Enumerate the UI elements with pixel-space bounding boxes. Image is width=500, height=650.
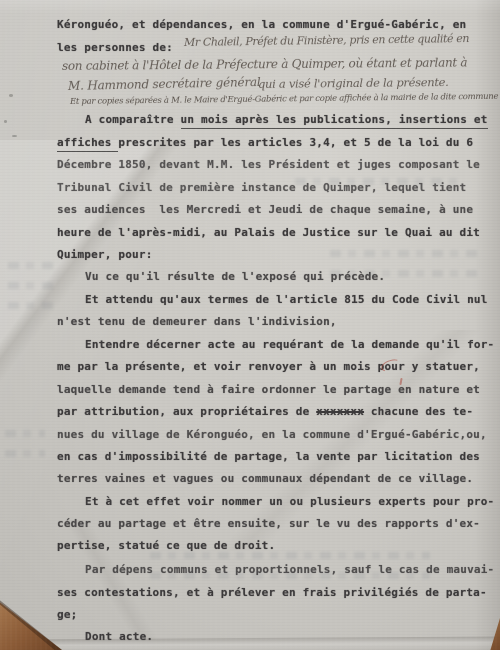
typed-line-10: Vu ce qu'il résulte de l'exposé qui préc…	[85, 270, 385, 284]
typed-segment: chacune des te-	[364, 405, 473, 418]
underlined-text: affiches	[57, 136, 118, 152]
paper-fold-bottom-edge	[0, 636, 500, 650]
typed-line-25: ge;	[57, 608, 77, 622]
typed-line-02: les personnes de:	[57, 41, 173, 55]
pencil-speck	[12, 135, 17, 137]
scanned-document-page: Kéronguéo, et dépendances, en la commune…	[0, 0, 500, 650]
pencil-speck	[9, 94, 13, 97]
typed-segment: prescrites par les articles 3,4, et 5 de…	[118, 136, 473, 149]
typed-segment: par attribution, aux propriétaires de	[57, 405, 316, 418]
typed-line-05: Décembre 1850, devant M.M. les Président…	[57, 158, 480, 172]
typed-line-01: Kéronguéo, et dépendances, en la commune…	[57, 18, 466, 32]
typed-line-19: terres vaines et vagues ou communaux dép…	[57, 472, 473, 486]
typed-line-08: heure de l'après-midi, au Palais de Just…	[57, 226, 480, 240]
typed-line-06: Tribunal Civil de première instance de Q…	[57, 181, 466, 195]
struck-out-text: xxxxxxx	[316, 405, 364, 418]
typed-line-22: pertise, statué ce que de droit.	[57, 539, 275, 553]
typed-line-15: laquelle demande tend à faire ordonner l…	[57, 383, 480, 397]
typed-line-04: affiches prescrites par les articles 3,4…	[57, 136, 473, 150]
ink-bleedthrough-smudge	[5, 430, 45, 470]
typed-line-23: Par dépens communs et proportionnels, sa…	[85, 563, 494, 577]
typed-line-12: n'est tenu de demeurer dans l'indivision…	[57, 315, 337, 329]
typed-line-13: Entendre décerner acte au requérant de l…	[85, 338, 494, 352]
typed-line-14: me par la présente, et voir renvoyer à u…	[57, 360, 480, 374]
typed-line-16: par attribution, aux propriétaires de xx…	[57, 405, 473, 419]
handwritten-line-3a: M. Hammond secrétaire général	[68, 75, 261, 93]
typed-line-03: A comparaître un mois après les publicat…	[85, 113, 488, 127]
typed-line-20: Et à cet effet voir nommer un ou plusieu…	[85, 495, 494, 509]
pencil-speck	[4, 120, 7, 123]
typed-line-18: en cas d'impossibilité de partage, la ve…	[57, 450, 480, 464]
typed-line-09: Quimper, pour:	[57, 248, 153, 262]
typed-line-11: Et attendu qu'aux termes de l'article 81…	[85, 293, 488, 307]
typed-line-24: ses contestations, et à prélever en frai…	[57, 586, 487, 600]
handwritten-line-4: Et par copies séparées à M. le Maire d'E…	[70, 92, 498, 107]
typed-segment: A comparaître	[85, 113, 181, 126]
paper-edge-highlight-top	[0, 0, 500, 14]
handwritten-line-1: Mr Chaleil, Préfet du Finistère, pris en…	[184, 32, 469, 49]
typed-line-17: nues du village de Kéronguéo, en la comm…	[57, 428, 487, 442]
paper-crease-diagonal-bottom	[0, 520, 220, 640]
typed-line-07: ses audiences les Mercredi et Jeudi de c…	[57, 203, 473, 217]
handwritten-line-2: son cabinet à l'Hôtel de la Préfecture à…	[62, 55, 467, 73]
underlined-text: un mois après les publications, insertio…	[181, 113, 488, 129]
handwritten-line-3b: qui a visé l'original de la présente.	[258, 75, 449, 91]
typed-line-21: céder au partage et être ensuite, sur le…	[57, 517, 480, 531]
